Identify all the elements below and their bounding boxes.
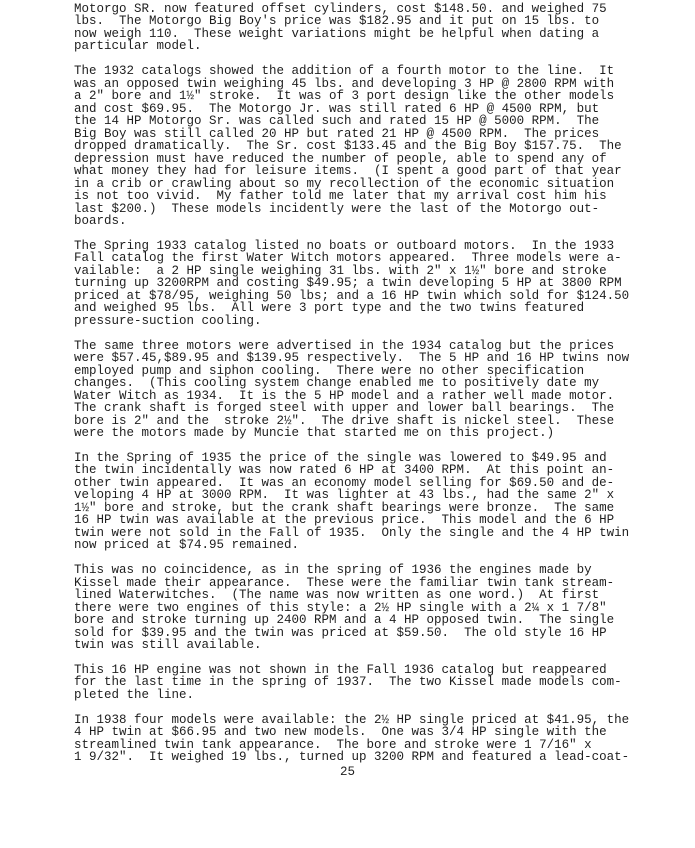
text-line: for the last time in the spring of 1937.… <box>74 676 622 689</box>
text-line: The crank shaft is forged steel with upp… <box>74 402 614 415</box>
text-line: and weighed 95 lbs. All were 3 port type… <box>74 302 584 315</box>
text-line: is not too vivid. My father told me late… <box>74 190 607 203</box>
text-line: boards. <box>74 215 127 228</box>
text-line: This was no coincidence, as in the sprin… <box>74 564 592 577</box>
text-line: were the motors made by Muncie that star… <box>74 427 554 440</box>
text-line: twin was still available. <box>74 639 262 652</box>
document-page: Motorgo SR. now featured offset cylinder… <box>0 0 695 848</box>
page-number: 25 <box>340 766 355 779</box>
text-line: were $57.45,$89.95 and $139.95 respectiv… <box>74 352 629 365</box>
text-line: 16 HP twin was available at the previous… <box>74 514 614 527</box>
text-line: 1 9/32". It weighed 19 lbs., turned up 3… <box>74 751 629 764</box>
text-line: dropped dramatically. The Sr. cost $133.… <box>74 140 622 153</box>
text-line: last $200.) These models incidently were… <box>74 203 599 216</box>
text-line: lined Waterwitches. (The name was now wr… <box>74 589 599 602</box>
text-line: now priced at $74.95 remained. <box>74 539 299 552</box>
text-line: a 2" bore and 1½" stroke. It was of 3 po… <box>74 90 614 103</box>
text-line: turning up 3200RPM and costing $49.95; a… <box>74 277 622 290</box>
text-line: The 1932 catalogs showed the addition of… <box>74 65 614 78</box>
text-line: veloping 4 HP at 3000 RPM. It was lighte… <box>74 489 614 502</box>
text-line: the 14 HP Motorgo Sr. was called such an… <box>74 115 599 128</box>
text-line: the twin incidentally was now rated 6 HP… <box>74 464 614 477</box>
text-line: 4 HP twin at $66.95 and two new models. … <box>74 726 607 739</box>
text-line: changes. (This cooling system change ena… <box>74 377 599 390</box>
text-line: pleted the line. <box>74 689 194 702</box>
text-line: bore and stroke turning up 2400 RPM and … <box>74 614 614 627</box>
text-line: particular model. <box>74 40 202 53</box>
text-line: pressure-suction cooling. <box>74 315 262 328</box>
text-line: what money they had for leisure items. (… <box>74 165 622 178</box>
